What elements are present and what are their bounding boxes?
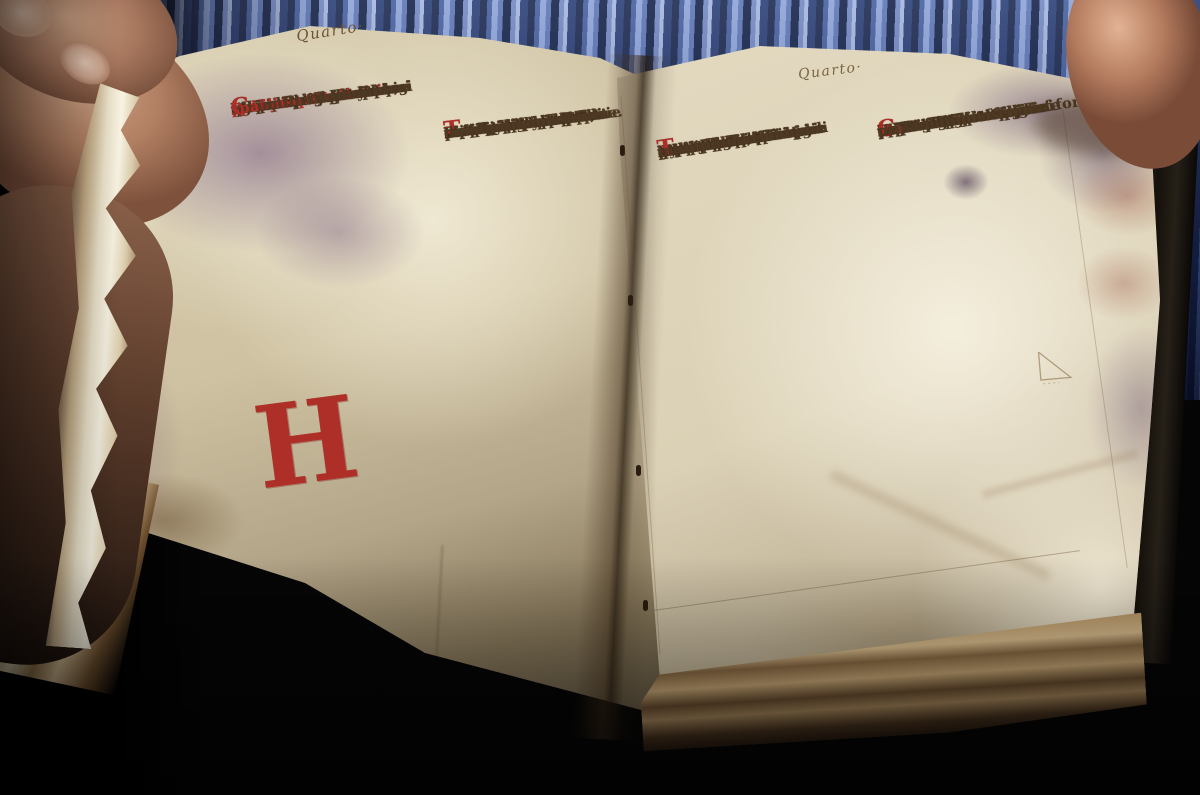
binding-stitch [628,295,633,306]
margin-triangle-mark [1026,343,1078,395]
page-crease [435,545,444,675]
ink-smudge [943,164,989,200]
page-crease [982,449,1139,498]
mold-stain [255,178,425,288]
manuscript-photo: Quarto· Quarto· H re. sii. q strenuitaul… [0,0,1200,795]
binding-stitch [643,600,648,611]
binding-stitch [636,465,641,476]
